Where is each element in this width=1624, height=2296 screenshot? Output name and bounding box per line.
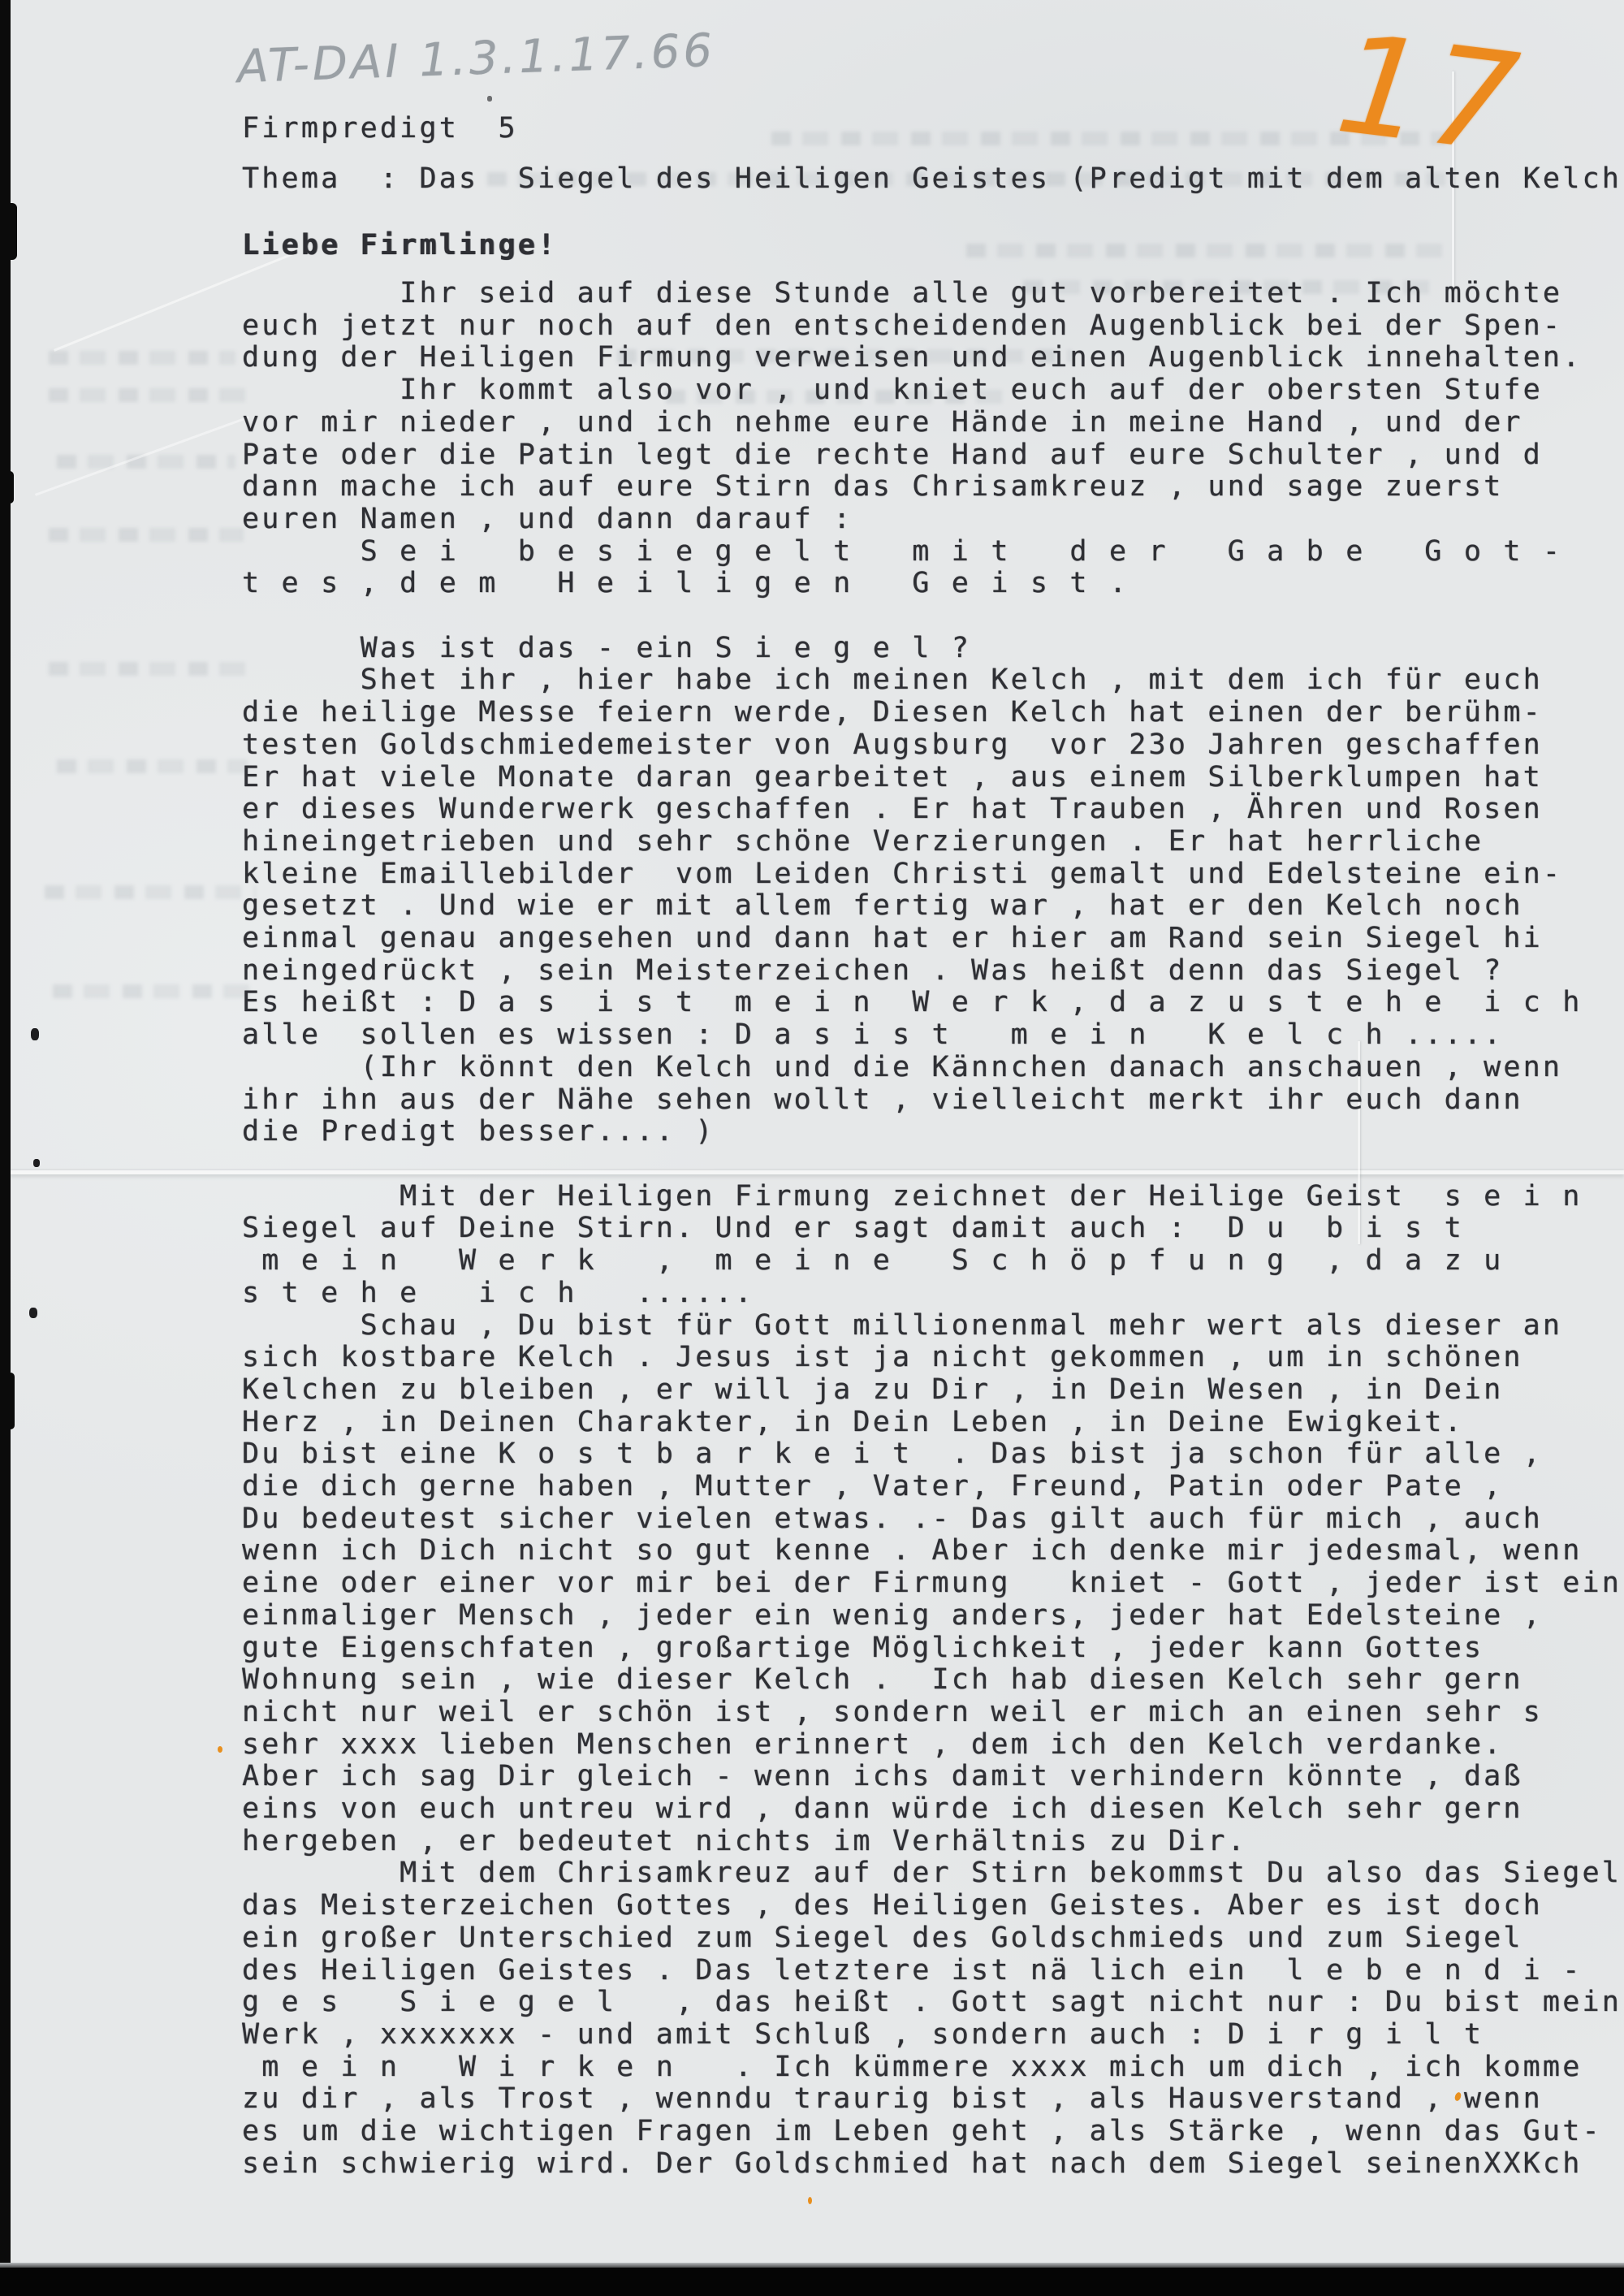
bleedthrough-texture bbox=[49, 662, 252, 676]
document-salutation: Liebe Firmlinge! bbox=[242, 229, 557, 262]
orange-fleck bbox=[218, 1746, 222, 1753]
bleedthrough-texture bbox=[49, 528, 244, 542]
ink-speck bbox=[33, 1159, 40, 1167]
bleedthrough-texture bbox=[57, 455, 235, 469]
bleedthrough-texture bbox=[45, 885, 256, 899]
scan-edge-bottom bbox=[0, 2268, 1624, 2296]
bleedthrough-texture bbox=[57, 759, 248, 773]
ink-speck bbox=[29, 1308, 37, 1318]
bleedthrough-texture bbox=[49, 351, 235, 365]
bleedthrough-texture bbox=[966, 244, 1445, 257]
document-subject-line: Thema : Das Siegel des Heiligen Geistes … bbox=[242, 162, 1622, 195]
ink-speck bbox=[487, 96, 492, 102]
scan-edge-left bbox=[0, 1373, 15, 1429]
scan-edge-left bbox=[0, 471, 14, 504]
ink-speck bbox=[31, 1028, 39, 1040]
scan-edge-left bbox=[0, 0, 11, 2296]
document-body-text: Ihr seid auf diese Stunde alle gut vorbe… bbox=[242, 278, 1624, 2180]
bleedthrough-texture bbox=[49, 388, 252, 402]
scan-edge-left bbox=[0, 203, 17, 260]
handwritten-page-number: 17 bbox=[1329, 4, 1531, 184]
orange-fleck bbox=[808, 2197, 812, 2204]
bleedthrough-texture bbox=[53, 984, 252, 998]
scanned-document-page: AT-DAI 1.3.1.17.66 17 Firmpredigt 5 Them… bbox=[0, 0, 1624, 2296]
handwritten-archive-code: AT-DAI 1.3.1.17.66 bbox=[236, 24, 716, 94]
document-title: Firmpredigt 5 bbox=[242, 112, 518, 145]
